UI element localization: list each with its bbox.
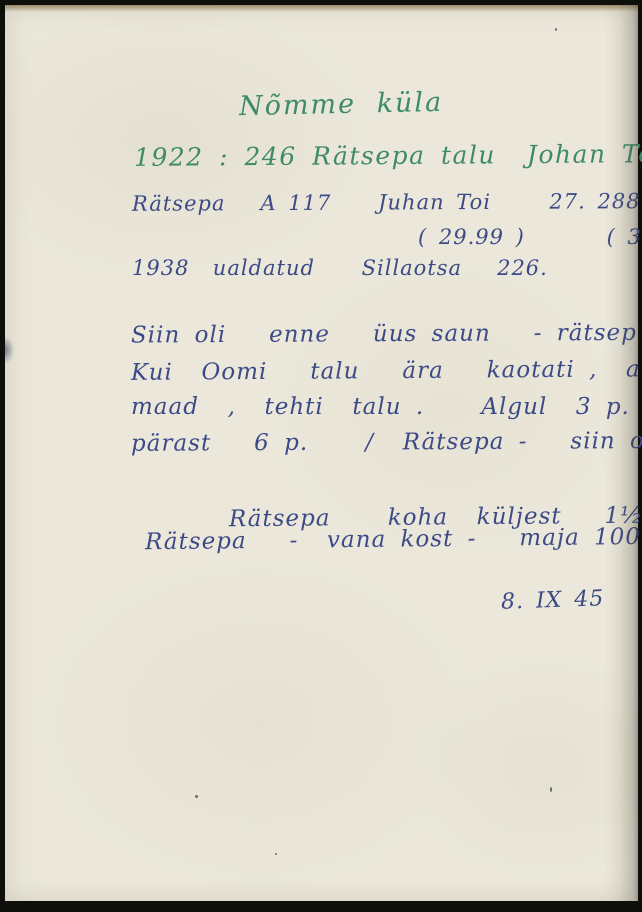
paper-speck: [550, 787, 552, 792]
page-title: Nõmme küla: [239, 87, 444, 122]
paper-speck: [555, 28, 557, 31]
handwritten-line-vana-kost: Rätsepa - vana kost - maja 100 aastat !: [145, 523, 642, 555]
paper-speck: [195, 795, 198, 798]
handwritten-body-line: Siin oli enne üus saun - rätsep elas.: [131, 319, 642, 348]
paper-speck: [275, 853, 277, 855]
handwritten-body-line: maad , tehti talu . Algul 3 p. kost ,: [131, 394, 642, 420]
handwritten-body-line: Kui Oomi talu ära kaotati , anti: [131, 356, 642, 386]
handwritten-line-1922: 1922 : 246 Rätsepa talu Johan Toi: [134, 139, 642, 172]
date-annotation: 8. IX 45: [501, 586, 605, 615]
handwritten-body-line: pärast 6 p. / Rätsepa - siin olnud rätse…: [131, 427, 642, 457]
handwritten-line-parentheses: ( 29.99 ) ( 36.38 ): [418, 225, 642, 249]
scan-edge-top-tint: [5, 5, 638, 12]
scanned-page: Nõmme küla 1922 : 246 Rätsepa talu Johan…: [0, 0, 642, 912]
paper-sheet: Nõmme küla 1922 : 246 Rätsepa talu Johan…: [5, 5, 638, 901]
ink-smudge: [5, 337, 14, 363]
handwritten-line-register: Rätsepa A 117 Juhan Toi 27. 288 ha 32.60…: [132, 188, 642, 216]
handwritten-line-1938: 1938 ualdatud Sillaotsa 226.: [132, 256, 548, 280]
